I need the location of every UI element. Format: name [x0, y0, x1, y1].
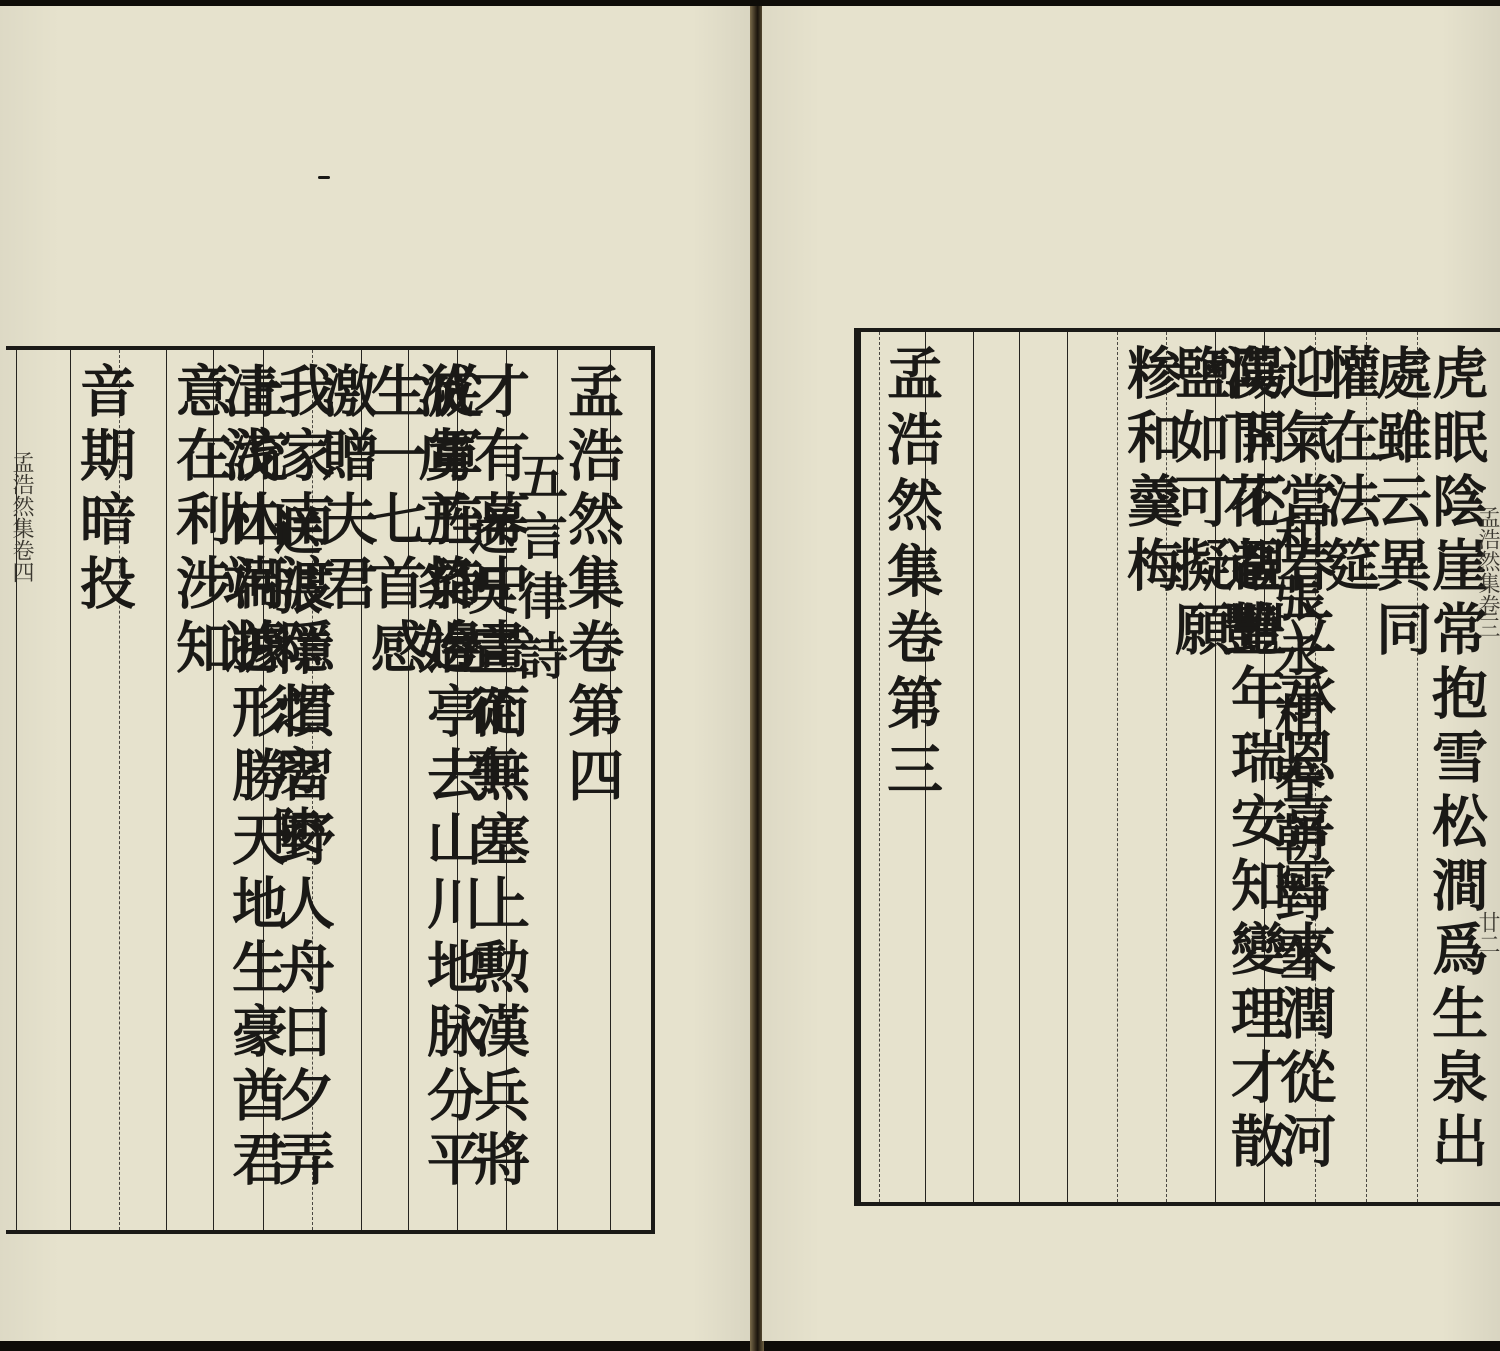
poem-line: 上流山河據形勝天地生豪酋君意在利涉知 — [172, 362, 284, 1230]
right-page-frame: 虎眠陰崖常抱雪松澗爲生泉出處雖云異同 懽在法筵 和張丞相春朝對雪 迎氣當春立承恩… — [854, 328, 1500, 1206]
ink-fleck — [318, 176, 330, 179]
volume-end-heading: 孟浩然集卷第三 — [883, 344, 939, 806]
column-rule — [1067, 332, 1068, 1202]
book-spread: 孟浩然集卷第四 五言律詩 送吳宣從事 才有幕中畫而無塞上勲漢兵將滅虜王粲始 從軍… — [0, 6, 1500, 1341]
column-rule — [1019, 332, 1020, 1202]
poem-line: 音期暗投 — [76, 362, 132, 618]
poem-line: 虎眠陰崖常抱雪松澗爲生泉出處雖云異同 — [1372, 344, 1484, 1202]
margin-label: 孟浩然集卷四 — [10, 451, 32, 583]
right-page: 虎眠陰崖常抱雪松澗爲生泉出處雖云異同 懽在法筵 和張丞相春朝對雪 迎氣當春立承恩… — [762, 6, 1500, 1341]
poem-line: 陽開不覩豐年瑞安知變理才散鹽如可擬願 — [1171, 344, 1283, 1202]
margin-page-number: 廿二 — [1476, 911, 1498, 955]
volume-heading: 孟浩然集卷第四 — [564, 362, 620, 810]
margin-label: 孟浩然集卷三 — [1476, 506, 1498, 638]
column-rule — [973, 332, 974, 1202]
left-page-frame: 孟浩然集卷第四 五言律詩 送吳宣從事 才有幕中畫而無塞上勲漢兵將滅虜王粲始 從軍… — [6, 346, 655, 1234]
poem-line: 從軍旌旆邊亭去山川地脉分平生一七首感 — [367, 362, 479, 1230]
left-page: 孟浩然集卷第四 五言律詩 送吳宣從事 才有幕中畫而無塞上勲漢兵將滅虜王粲始 從軍… — [0, 6, 752, 1341]
poem-line: 糁和羹梅 — [1123, 344, 1179, 600]
